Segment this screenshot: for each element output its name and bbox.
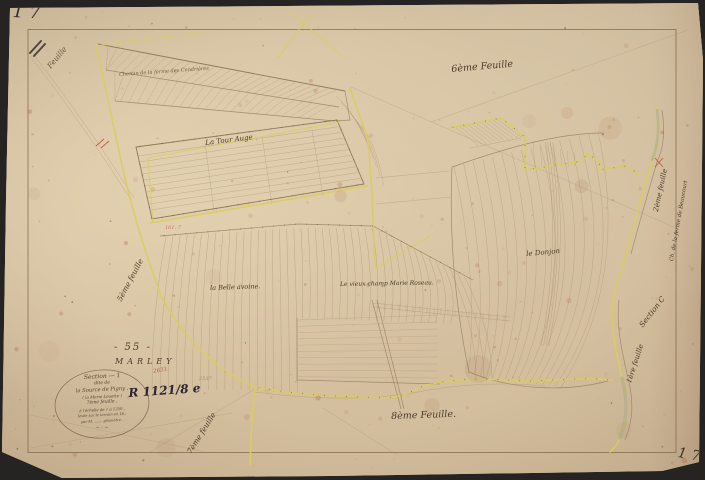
boundary-dots — [137, 118, 635, 398]
parcel-hatching — [106, 48, 608, 394]
partition-lines — [30, 30, 688, 455]
red-marks — [96, 139, 663, 167]
roads-layer — [96, 12, 658, 465]
road-wash — [620, 110, 658, 438]
map-sheet-paper: 173ème Feuille.6ème FeuilleChemin de la … — [0, 0, 705, 480]
corner-tally-mark — [30, 41, 45, 56]
parcel-outlines — [98, 44, 664, 440]
cadastral-drawing — [0, 0, 705, 480]
foxing-spots — [14, 9, 694, 469]
scanned-cadastral-map-screenshot: 173ème Feuille.6ème FeuilleChemin de la … — [0, 0, 705, 480]
